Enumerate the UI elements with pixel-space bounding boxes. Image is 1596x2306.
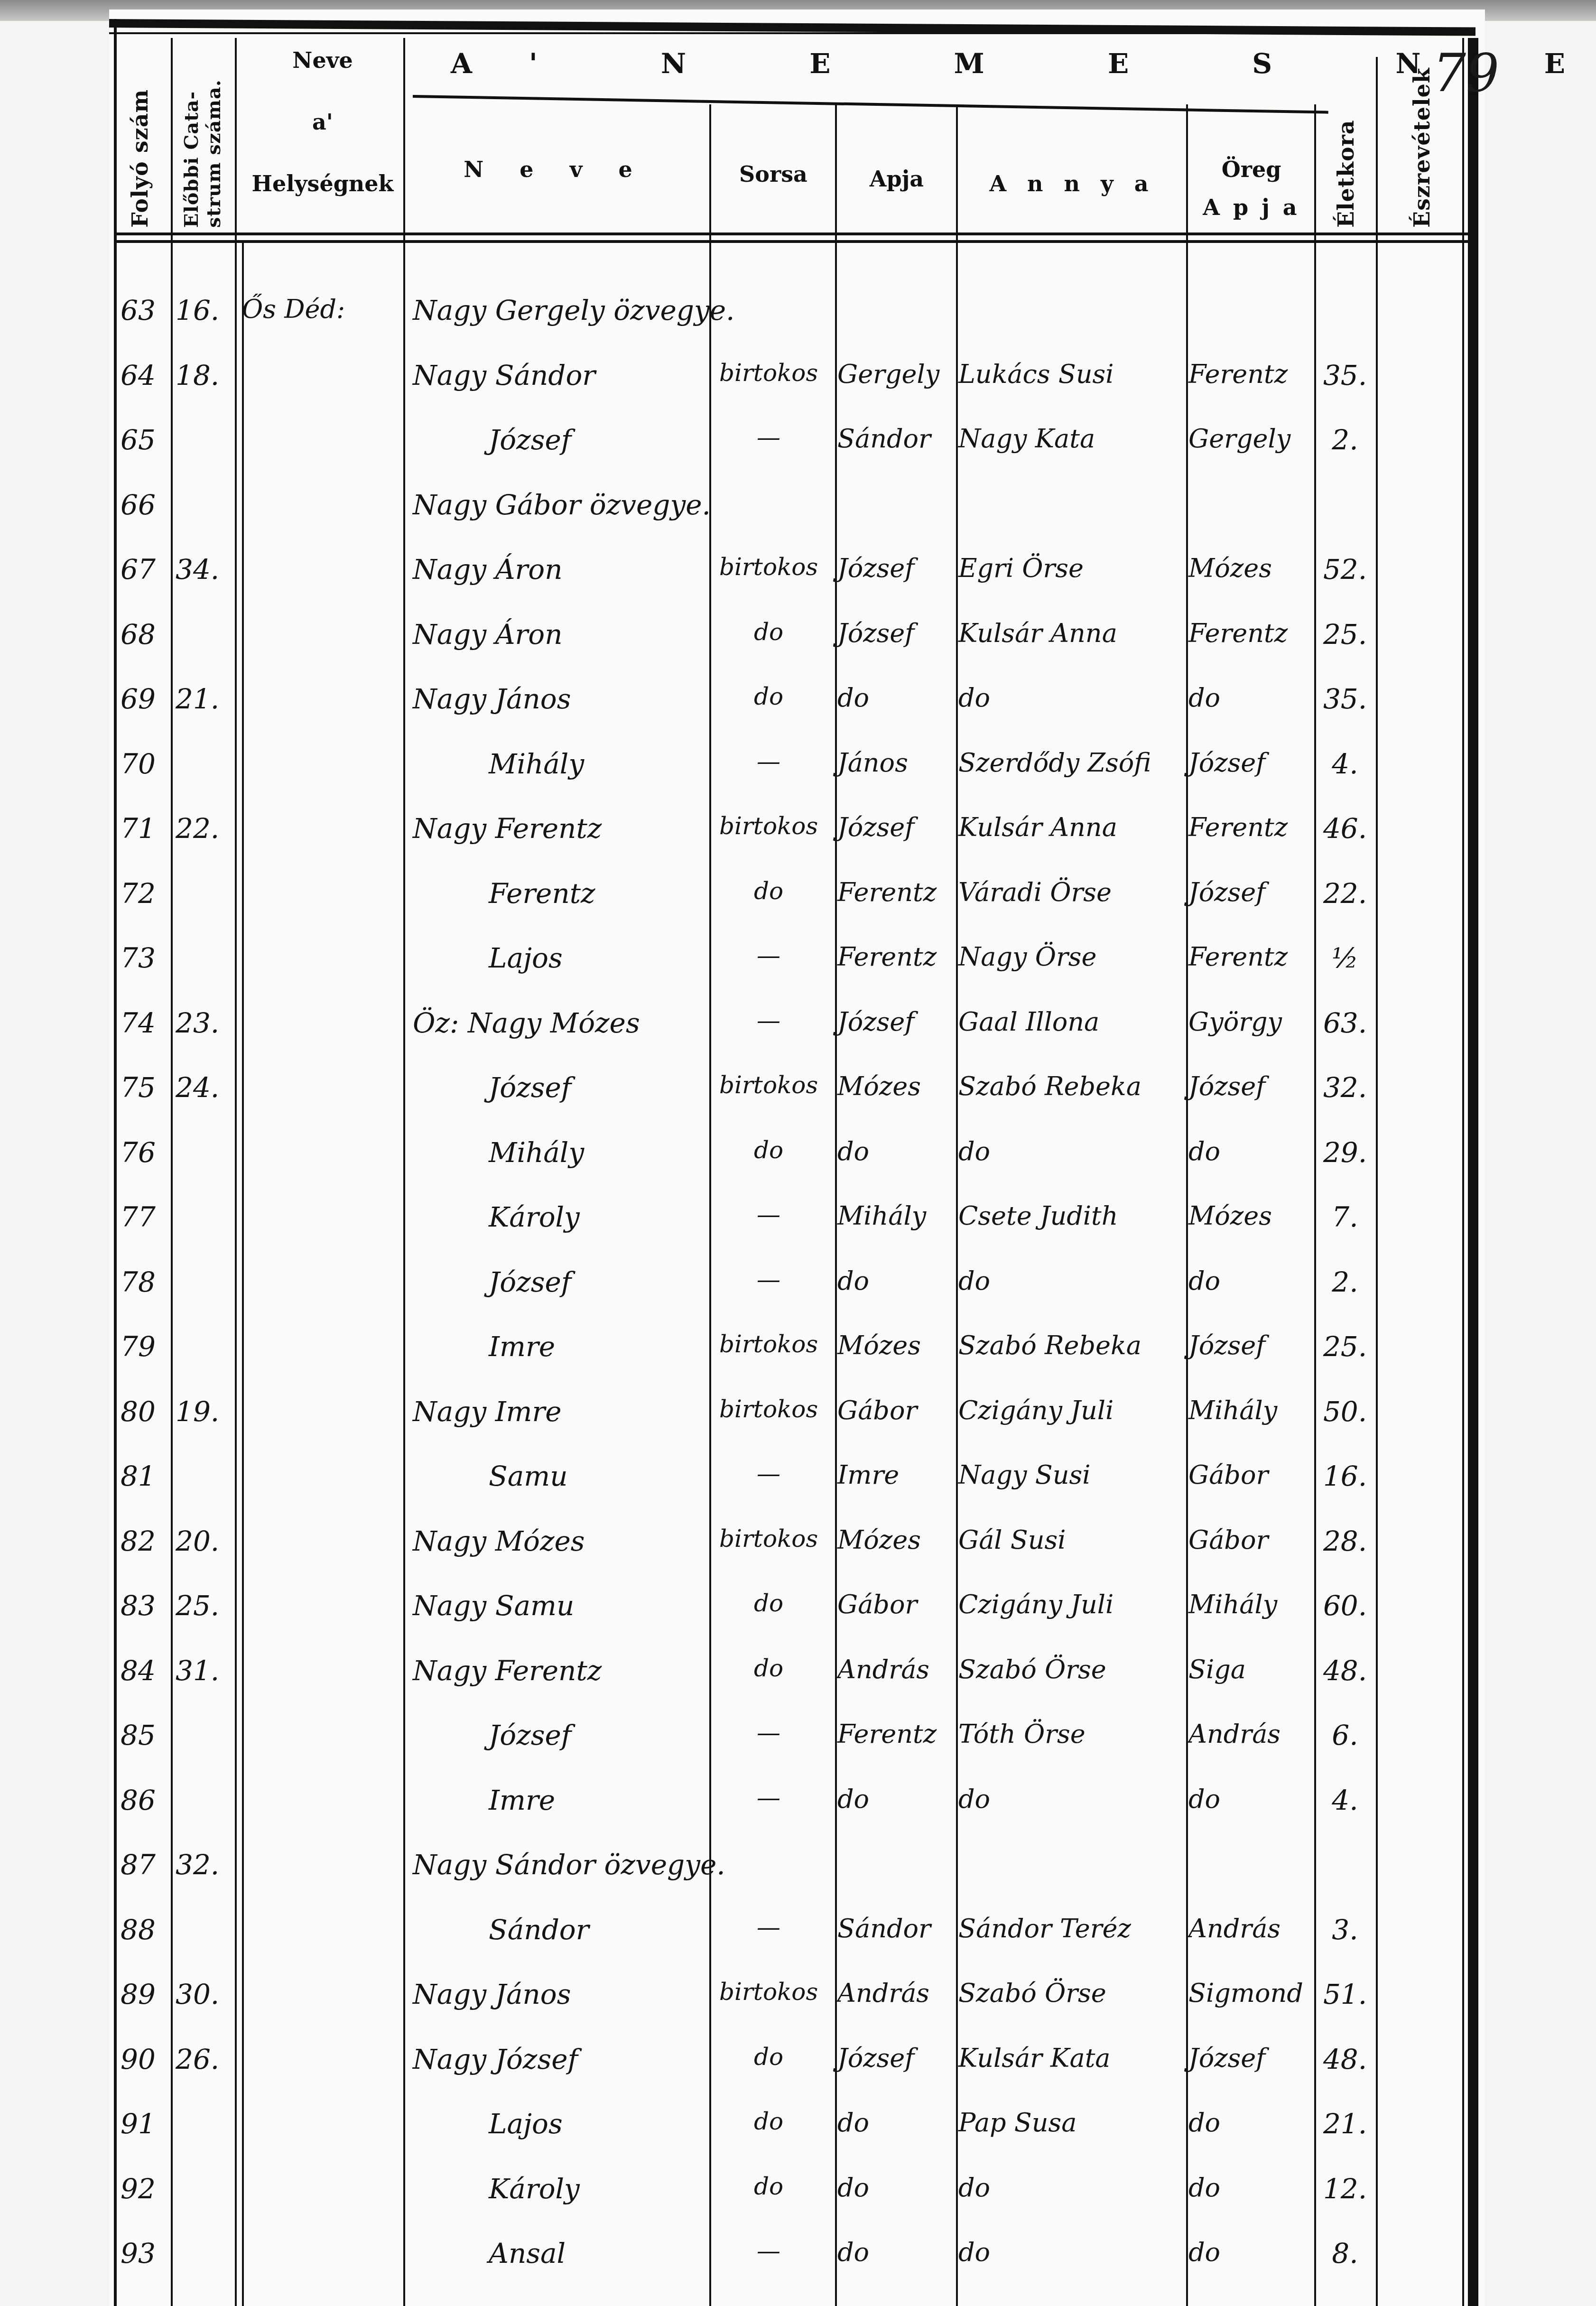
mother-name: do: [958, 1784, 1186, 1814]
person-name: Nagy Samu: [413, 1590, 707, 1622]
previous-cadastre-number: 23.: [176, 1007, 232, 1039]
father-name: Gábor: [837, 1590, 956, 1619]
mother-name: Lukács Susi: [958, 359, 1186, 389]
table-row: 8220.Nagy MózesbirtokosMózesGál SusiGábo…: [109, 1525, 1485, 1568]
previous-cadastre-number: 22.: [176, 812, 232, 845]
header-folyo-szam: Folyó szám: [127, 71, 153, 228]
table-row: 8325.Nagy SamudoGáborCzigány JuliMihály6…: [109, 1590, 1485, 1632]
status: —: [707, 1007, 830, 1034]
row-number: 64: [121, 359, 173, 391]
row-number: 77: [121, 1201, 173, 1233]
mother-name: do: [958, 2237, 1186, 2267]
header-eletkora: Életkora: [1333, 133, 1359, 228]
mother-name: do: [958, 2173, 1186, 2203]
table-row: 86Imre—dododo4.: [109, 1784, 1485, 1827]
father-name: Ferentz: [837, 1719, 956, 1749]
grandfather-name: do: [1188, 2173, 1312, 2203]
header-helyseg-neve-3: Helységnek: [242, 171, 403, 196]
father-name: András: [837, 1978, 956, 2008]
table-row: 92Károlydodododo12.: [109, 2173, 1485, 2215]
person-name: Nagy János: [413, 1978, 707, 2010]
status: do: [707, 618, 830, 646]
row-number: 88: [121, 1914, 173, 1946]
status: birtokos: [707, 359, 830, 387]
row-number: 71: [121, 812, 173, 845]
father-name: do: [837, 2237, 956, 2267]
father-name: Ferentz: [837, 942, 956, 972]
previous-cadastre-number: 16.: [176, 294, 232, 326]
row-number: 69: [121, 683, 173, 715]
grandfather-name: András: [1188, 1719, 1312, 1749]
mother-name: Egri Örse: [958, 553, 1186, 583]
age: 28.: [1317, 1525, 1373, 1557]
grandfather-name: József: [1188, 877, 1312, 907]
person-name: Nagy Imre: [413, 1395, 707, 1428]
mother-name: Nagy Susi: [958, 1460, 1186, 1490]
mother-name: Szabó Rebeka: [958, 1330, 1186, 1360]
father-name: József: [837, 1007, 956, 1037]
table-row: 8732.Nagy Sándor özvegye.: [109, 1849, 1485, 1891]
age: 22.: [1317, 877, 1373, 910]
header-apja: Apja: [837, 166, 956, 192]
mother-name: Szerdődy Zsófi: [958, 748, 1186, 778]
status: do: [707, 683, 830, 710]
person-name: Nagy József: [413, 2043, 707, 2075]
person-name: Nagy Ferentz: [413, 812, 707, 845]
age: 52.: [1317, 553, 1373, 586]
row-number: 70: [121, 748, 173, 780]
mother-name: do: [958, 683, 1186, 713]
table-row: 93Ansal—dododo8.: [109, 2237, 1485, 2280]
previous-cadastre-number: 18.: [176, 359, 232, 391]
father-name: Mózes: [837, 1525, 956, 1555]
row-number: 65: [121, 424, 173, 456]
mother-name: Czigány Juli: [958, 1395, 1186, 1425]
age: 4.: [1317, 748, 1373, 780]
header-bottom-rule: [114, 232, 1471, 235]
row-number: 83: [121, 1590, 173, 1622]
grandfather-name: Mihály: [1188, 1395, 1312, 1425]
father-name: Sándor: [837, 424, 956, 454]
age: 2.: [1317, 424, 1373, 456]
table-row: 66Nagy Gábor özvegye.: [109, 489, 1485, 531]
row-number: 73: [121, 942, 173, 974]
age: 51.: [1317, 1978, 1373, 2010]
row-number: 72: [121, 877, 173, 910]
grandfather-name: József: [1188, 1071, 1312, 1101]
status: —: [707, 1914, 830, 1941]
grandfather-name: Gergely: [1188, 424, 1312, 454]
age: 63.: [1317, 1007, 1373, 1039]
table-row: 88Sándor—SándorSándor TerézAndrás3.: [109, 1914, 1485, 1956]
table-row: 76Mihálydodododo29.: [109, 1136, 1485, 1179]
status: —: [707, 1784, 830, 1812]
mother-name: do: [958, 1136, 1186, 1166]
row-number: 68: [121, 618, 173, 651]
grandfather-name: András: [1188, 1914, 1312, 1943]
grandfather-name: Gábor: [1188, 1460, 1312, 1490]
status: birtokos: [707, 553, 830, 581]
ledger-page: A' N E M E S N E K 79 Folyó szám Előbbi …: [109, 9, 1485, 2306]
person-name: Nagy Sándor: [413, 359, 707, 391]
status: birtokos: [707, 1525, 830, 1553]
row-number: 91: [121, 2108, 173, 2140]
header-helyseg-neve-2: a': [242, 109, 403, 135]
table-row: 9026.Nagy JózsefdoJózsefKulsár KataJózse…: [109, 2043, 1485, 2086]
table-row: 65József—SándorNagy KataGergely2.: [109, 424, 1485, 466]
grandfather-name: do: [1188, 1266, 1312, 1296]
row-number: 87: [121, 1849, 173, 1881]
status: birtokos: [707, 1071, 830, 1099]
person-name: Nagy Gergely özvegye.: [413, 294, 707, 326]
mother-name: Gaal Illona: [958, 1007, 1186, 1037]
person-name: Nagy Mózes: [413, 1525, 707, 1557]
previous-cadastre-number: 21.: [176, 683, 232, 715]
father-name: do: [837, 1784, 956, 1814]
age: 2.: [1317, 1266, 1373, 1298]
father-name: Mózes: [837, 1071, 956, 1101]
frame-top-rule-thin: [109, 32, 1475, 34]
father-name: do: [837, 2108, 956, 2138]
person-name: Nagy Áron: [413, 553, 707, 586]
previous-cadastre-number: 25.: [176, 1590, 232, 1622]
father-name: do: [837, 2173, 956, 2203]
previous-cadastre-number: 20.: [176, 1525, 232, 1557]
father-name: József: [837, 2043, 956, 2073]
header-oreg-apja-2: A p j a: [1188, 195, 1314, 220]
status: do: [707, 1590, 830, 1617]
mother-name: do: [958, 1266, 1186, 1296]
age: 3.: [1317, 1914, 1373, 1946]
person-name: Nagy Ferentz: [413, 1655, 707, 1687]
status: —: [707, 748, 830, 775]
mother-name: Gál Susi: [958, 1525, 1186, 1555]
age: 35.: [1317, 683, 1373, 715]
table-row: 72FerentzdoFerentzVáradi ÖrseJózsef22.: [109, 877, 1485, 920]
mother-name: Szabó Örse: [958, 1978, 1186, 2008]
row-number: 67: [121, 553, 173, 586]
age: 48.: [1317, 2043, 1373, 2075]
row-number: 80: [121, 1395, 173, 1428]
grandfather-name: Gábor: [1188, 1525, 1312, 1555]
mother-name: Nagy Örse: [958, 942, 1186, 972]
age: 35.: [1317, 359, 1373, 391]
table-row: 7423.Öz: Nagy Mózes—JózsefGaal IllonaGyö…: [109, 1007, 1485, 1050]
status: do: [707, 2173, 830, 2200]
grandfather-name: Ferentz: [1188, 618, 1312, 648]
person-name: Nagy Sándor özvegye.: [413, 1849, 707, 1881]
row-number: 76: [121, 1136, 173, 1169]
age: 4.: [1317, 1784, 1373, 1816]
header-oreg-apja-1: Öreg: [1188, 157, 1314, 182]
row-number: 93: [121, 2237, 173, 2269]
age: 21.: [1317, 2108, 1373, 2140]
age: 60.: [1317, 1590, 1373, 1622]
row-number: 79: [121, 1330, 173, 1363]
status: —: [707, 1201, 830, 1228]
previous-cadastre-number: 26.: [176, 2043, 232, 2075]
previous-cadastre-number: 32.: [176, 1849, 232, 1881]
table-row: 68Nagy ÁrondoJózsefKulsár AnnaFerentz25.: [109, 618, 1485, 661]
row-number: 66: [121, 489, 173, 521]
mother-name: Tóth Örse: [958, 1719, 1186, 1749]
age: 29.: [1317, 1136, 1373, 1169]
father-name: Mihály: [837, 1201, 956, 1231]
table-row: 8019.Nagy ImrebirtokosGáborCzigány JuliM…: [109, 1395, 1485, 1438]
grandfather-name: Ferentz: [1188, 359, 1312, 389]
mother-name: Sándor Teréz: [958, 1914, 1186, 1943]
table-row: 6418.Nagy SándorbirtokosGergelyLukács Su…: [109, 359, 1485, 402]
previous-cadastre-number: 19.: [176, 1395, 232, 1428]
section-title: A' N E M E S N E K: [451, 47, 1352, 80]
father-name: Gergely: [837, 359, 956, 389]
row-number: 81: [121, 1460, 173, 1492]
grandfather-name: György: [1188, 1007, 1312, 1037]
header-bottom-rule-2: [114, 240, 1471, 243]
row-number: 74: [121, 1007, 173, 1039]
table-row: 6316.Ős Déd:Nagy Gergely özvegye.: [109, 294, 1485, 337]
table-row: 78József—dododo2.: [109, 1266, 1485, 1309]
grandfather-name: Ferentz: [1188, 812, 1312, 842]
grandfather-name: Mózes: [1188, 553, 1312, 583]
father-name: Sándor: [837, 1914, 956, 1943]
table-row: 79ImrebirtokosMózesSzabó RebekaJózsef25.: [109, 1330, 1485, 1373]
table-row: 8930.Nagy JánosbirtokosAndrásSzabó ÖrseS…: [109, 1978, 1485, 2021]
row-number: 85: [121, 1719, 173, 1751]
locality-name: Ős Déd:: [242, 294, 399, 324]
status: birtokos: [707, 1978, 830, 2006]
age: 16.: [1317, 1460, 1373, 1492]
header-elobbi-catastrum: Előbbi Cata-strum száma.: [180, 43, 228, 228]
grandfather-name: József: [1188, 1330, 1312, 1360]
header-sorsa: Sorsa: [712, 161, 835, 187]
status: —: [707, 1460, 830, 1488]
mother-name: Váradi Örse: [958, 877, 1186, 907]
status: —: [707, 1266, 830, 1293]
row-number: 90: [121, 2043, 173, 2075]
father-name: Gábor: [837, 1395, 956, 1425]
age: 7.: [1317, 1201, 1373, 1233]
previous-cadastre-number: 31.: [176, 1655, 232, 1687]
table-row: 81Samu—ImreNagy SusiGábor16.: [109, 1460, 1485, 1503]
grandfather-name: Mózes: [1188, 1201, 1312, 1231]
grandfather-name: do: [1188, 1784, 1312, 1814]
status: birtokos: [707, 1330, 830, 1358]
mother-name: Csete Judith: [958, 1201, 1186, 1231]
header-helyseg-neve-1: Neve: [242, 47, 403, 73]
age: 25.: [1317, 618, 1373, 651]
previous-cadastre-number: 30.: [176, 1978, 232, 2010]
status: do: [707, 2108, 830, 2135]
header-neve: N e v e: [413, 157, 697, 182]
grandfather-name: do: [1188, 2237, 1312, 2267]
age: 32.: [1317, 1071, 1373, 1104]
father-name: Imre: [837, 1460, 956, 1490]
mother-name: Pap Susa: [958, 2108, 1186, 2138]
mother-name: Nagy Kata: [958, 424, 1186, 454]
row-number: 89: [121, 1978, 173, 2010]
age: 8.: [1317, 2237, 1373, 2269]
grandfather-name: Siga: [1188, 1655, 1312, 1684]
person-name: Nagy János: [413, 683, 707, 715]
status: —: [707, 424, 830, 451]
person-name: Öz: Nagy Mózes: [413, 1007, 707, 1039]
row-number: 63: [121, 294, 173, 326]
grandfather-name: Ferentz: [1188, 942, 1312, 972]
father-name: József: [837, 553, 956, 583]
status: do: [707, 877, 830, 905]
age: ½: [1317, 942, 1373, 974]
age: 6.: [1317, 1719, 1373, 1751]
mother-name: Kulsár Anna: [958, 618, 1186, 648]
status: birtokos: [707, 812, 830, 840]
previous-cadastre-number: 34.: [176, 553, 232, 586]
father-name: József: [837, 812, 956, 842]
status: birtokos: [707, 1395, 830, 1423]
status: do: [707, 2043, 830, 2071]
row-number: 78: [121, 1266, 173, 1298]
mother-name: Szabó Örse: [958, 1655, 1186, 1684]
age: 50.: [1317, 1395, 1373, 1428]
table-row: 70Mihály—JánosSzerdődy ZsófiJózsef4.: [109, 748, 1485, 790]
row-number: 82: [121, 1525, 173, 1557]
table-row: 7122.Nagy FerentzbirtokosJózsefKulsár An…: [109, 812, 1485, 855]
row-number: 86: [121, 1784, 173, 1816]
father-name: András: [837, 1655, 956, 1684]
table-row: 85József—FerentzTóth ÖrseAndrás6.: [109, 1719, 1485, 1762]
table-row: 73Lajos—FerentzNagy ÖrseFerentz½: [109, 942, 1485, 985]
grandfather-name: Mihály: [1188, 1590, 1312, 1619]
father-name: do: [837, 683, 956, 713]
status: do: [707, 1655, 830, 1682]
father-name: József: [837, 618, 956, 648]
row-number: 92: [121, 2173, 173, 2205]
status: do: [707, 1136, 830, 1164]
grandfather-name: József: [1188, 2043, 1312, 2073]
status: —: [707, 1719, 830, 1747]
father-name: Mózes: [837, 1330, 956, 1360]
father-name: János: [837, 748, 956, 778]
person-name: Nagy Gábor özvegye.: [413, 489, 707, 521]
nemesnek-underline: [413, 95, 1328, 114]
table-row: 77Károly—MihályCsete JudithMózes7.: [109, 1201, 1485, 1244]
age: 48.: [1317, 1655, 1373, 1687]
mother-name: Kulsár Anna: [958, 812, 1186, 842]
mother-name: Kulsár Kata: [958, 2043, 1186, 2073]
table-row: 8431.Nagy FerentzdoAndrásSzabó ÖrseSiga4…: [109, 1655, 1485, 1697]
grandfather-name: do: [1188, 683, 1312, 713]
person-name: Nagy Áron: [413, 618, 707, 651]
header-eszrevetelek: Észrevételek: [1409, 62, 1435, 228]
page-number: 79: [1433, 43, 1499, 103]
age: 46.: [1317, 812, 1373, 845]
header-annya: A n n y a: [958, 171, 1186, 196]
father-name: do: [837, 1136, 956, 1166]
previous-cadastre-number: 24.: [176, 1071, 232, 1104]
grandfather-name: do: [1188, 2108, 1312, 2138]
age: 12.: [1317, 2173, 1373, 2205]
father-name: do: [837, 1266, 956, 1296]
father-name: Ferentz: [837, 877, 956, 907]
age: 25.: [1317, 1330, 1373, 1363]
table-row: 91LajosdodoPap Susado21.: [109, 2108, 1485, 2150]
status: —: [707, 2237, 830, 2265]
status: —: [707, 942, 830, 969]
grandfather-name: Sigmond: [1188, 1978, 1312, 2008]
table-row: 7524.JózsefbirtokosMózesSzabó RebekaJózs…: [109, 1071, 1485, 1114]
grandfather-name: do: [1188, 1136, 1312, 1166]
mother-name: Czigány Juli: [958, 1590, 1186, 1619]
row-number: 75: [121, 1071, 173, 1104]
table-row: 6734.Nagy ÁronbirtokosJózsefEgri ÖrseMóz…: [109, 553, 1485, 596]
grandfather-name: József: [1188, 748, 1312, 778]
mother-name: Szabó Rebeka: [958, 1071, 1186, 1101]
row-number: 84: [121, 1655, 173, 1687]
table-row: 6921.Nagy Jánosdodododo35.: [109, 683, 1485, 725]
